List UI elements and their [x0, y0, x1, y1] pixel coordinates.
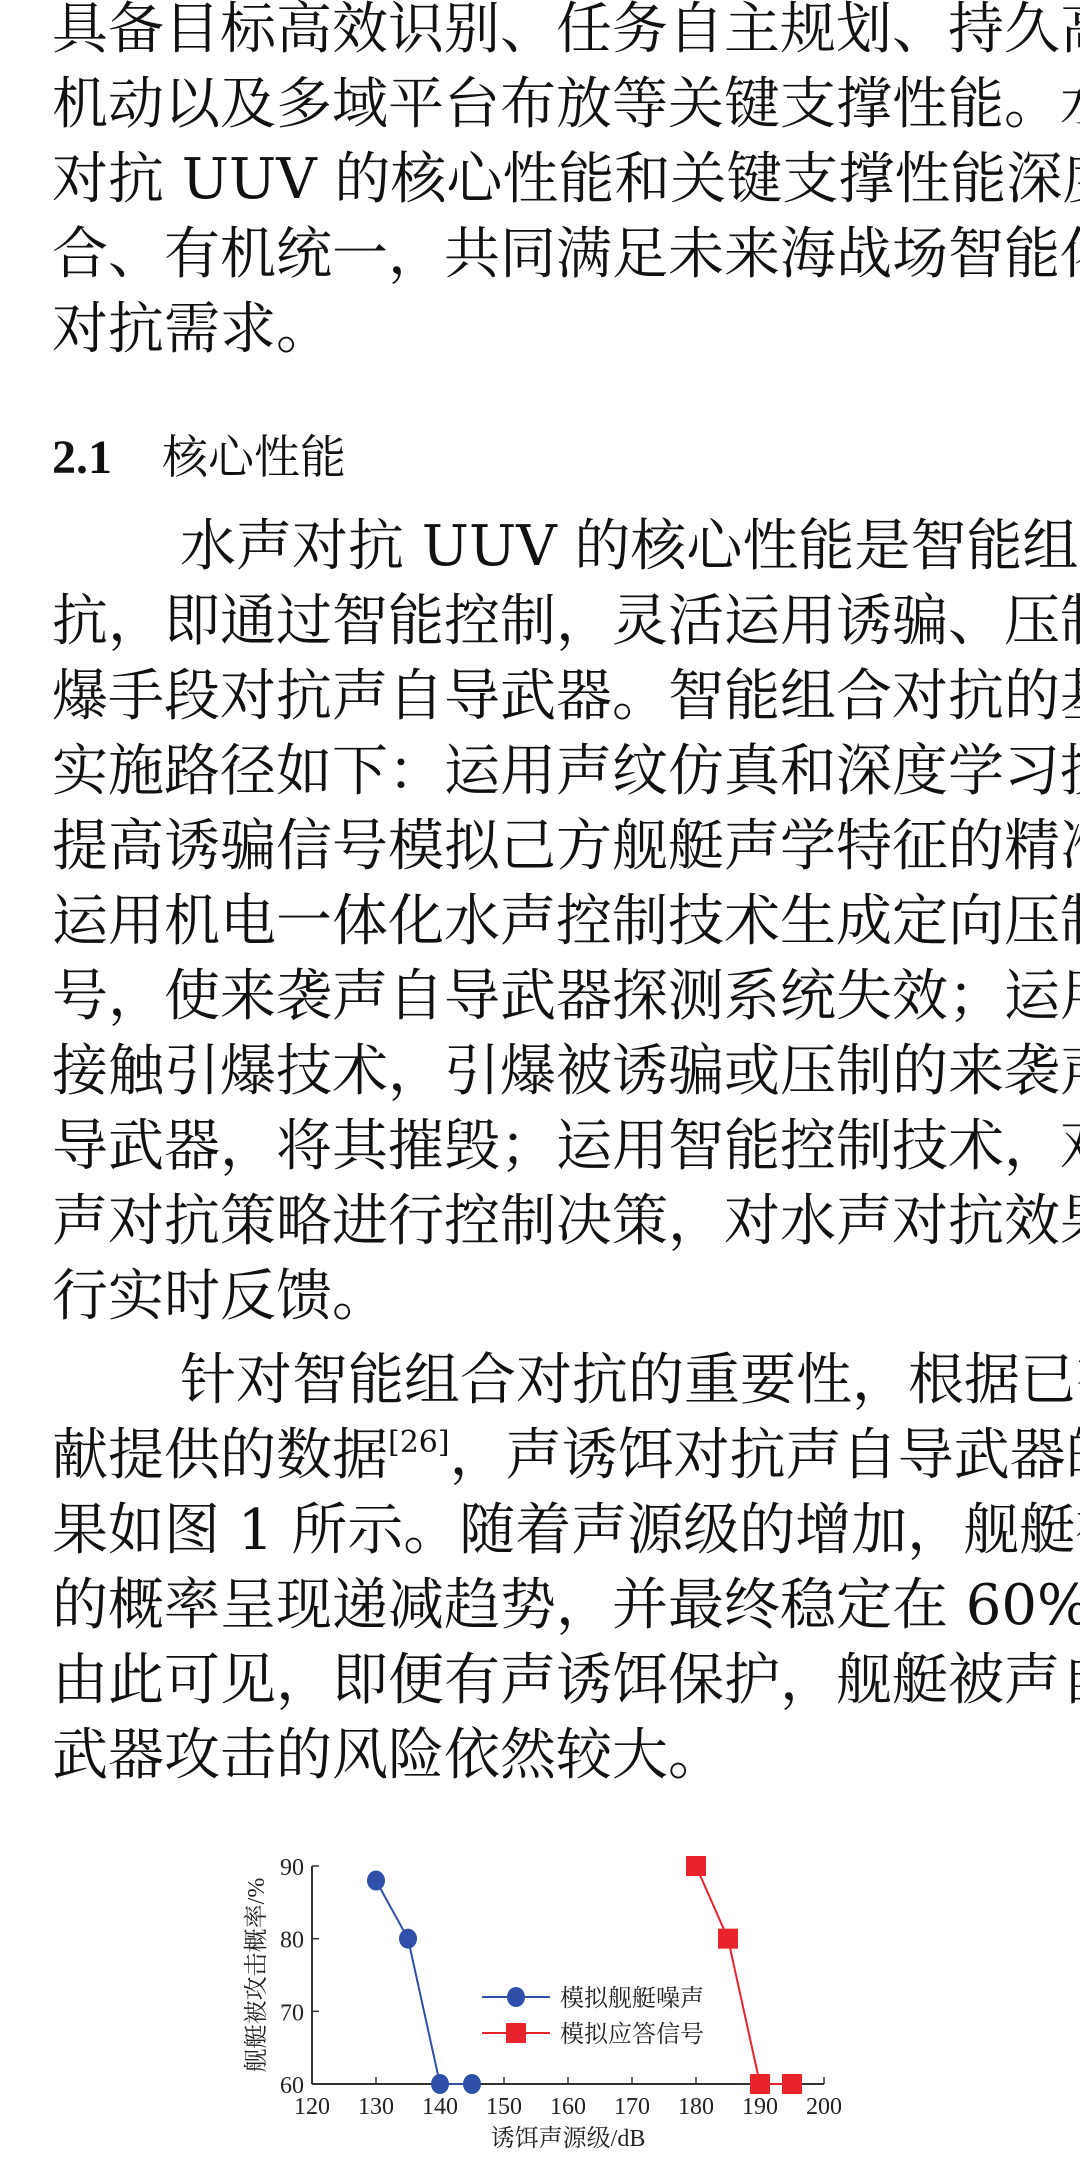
- x-tick-label: 190: [742, 2094, 778, 2120]
- text-line: 武器攻击的风险依然较大。: [52, 1718, 1037, 1793]
- data-point-circle: [431, 2074, 449, 2094]
- section-title: 核心性能: [162, 430, 346, 484]
- text-line: 号，使来袭声自导武器探测系统失效；运用非: [52, 959, 1037, 1034]
- section-number: 2.1: [52, 431, 112, 484]
- x-tick-label: 160: [550, 2094, 586, 2120]
- text-line: 爆手段对抗声自导武器。智能组合对抗的基本: [52, 659, 1037, 734]
- text-line: 针对智能组合对抗的重要性，根据已有文: [52, 1343, 1037, 1418]
- text-line: 声对抗策略进行控制决策，对水声对抗效果进: [52, 1184, 1037, 1259]
- text-line: 对抗需求。: [52, 292, 1037, 367]
- text-line: 提高诱骗信号模拟己方舰艇声学特征的精准度；: [52, 809, 1037, 884]
- data-point-circle: [463, 2074, 481, 2094]
- series-line: [376, 1881, 472, 2084]
- text-line: 具备目标高效识别、任务自主规划、持久高效: [52, 0, 1037, 67]
- legend-label: 模拟舰艇噪声: [560, 1985, 704, 2012]
- section-heading: 2.1核心性能: [52, 420, 346, 495]
- text-segment: 献提供的数据: [52, 1423, 388, 1488]
- x-tick-label: 200: [806, 2094, 842, 2120]
- legend-circle-icon: [507, 1987, 525, 2007]
- data-point-square: [718, 1929, 738, 1949]
- x-tick-label: 150: [486, 2094, 522, 2120]
- text-line: 水声对抗 UUV 的核心性能是智能组合对: [52, 509, 1037, 584]
- text-line: 接触引爆技术，引爆被诱骗或压制的来袭声自: [52, 1034, 1037, 1109]
- data-point-circle: [399, 1929, 417, 1949]
- y-tick-label: 70: [280, 2000, 304, 2026]
- text-line: 运用机电一体化水声控制技术生成定向压制信: [52, 884, 1037, 959]
- citation-link[interactable]: [26]: [388, 1425, 450, 1460]
- x-tick-label: 140: [422, 2094, 458, 2120]
- legend-label: 模拟应答信号: [560, 2021, 704, 2048]
- text-line-with-citation: 献提供的数据[26]，声诱饵对抗声自导武器的效: [52, 1418, 1037, 1493]
- text-line: 抗，即通过智能控制，灵活运用诱骗、压制和诱: [52, 584, 1037, 659]
- x-axis-title: 诱饵声源级/dB: [491, 2125, 646, 2152]
- data-point-square: [782, 2074, 802, 2094]
- text-line: 果如图 1 所示。随着声源级的增加，舰艇被攻击: [52, 1493, 1037, 1568]
- line-chart: 12013014015016017018019020060708090诱饵声源级…: [240, 1830, 860, 2160]
- series-line: [696, 1866, 792, 2084]
- text-line: 的概率呈现递减趋势，并最终稳定在 60%左右。: [52, 1568, 1037, 1643]
- text-line: 由此可见，即便有声诱饵保护，舰艇被声自导: [52, 1643, 1037, 1718]
- y-axis-title: 舰艇被攻击概率/%: [243, 1878, 270, 2073]
- y-tick-label: 90: [280, 1855, 304, 1881]
- text-line: 实施路径如下：运用声纹仿真和深度学习技术，: [52, 734, 1037, 809]
- legend-square-icon: [506, 2023, 526, 2043]
- data-point-circle: [367, 1871, 385, 1891]
- text-line: 导武器，将其摧毁；运用智能控制技术，对水: [52, 1109, 1037, 1184]
- x-tick-label: 130: [358, 2094, 394, 2120]
- data-point-square: [686, 1856, 706, 1876]
- text-segment: ，声诱饵对抗声自导武器的效: [450, 1423, 1080, 1488]
- text-line: 对抗 UUV 的核心性能和关键支撑性能深度融: [52, 142, 1037, 217]
- x-tick-label: 180: [678, 2094, 714, 2120]
- y-tick-label: 80: [280, 1928, 304, 1954]
- x-tick-label: 170: [614, 2094, 650, 2120]
- text-line: 行实时反馈。: [52, 1259, 1037, 1334]
- text-line: 合、有机统一，共同满足未来海战场智能化水声: [52, 217, 1037, 292]
- figure-1-chart: 12013014015016017018019020060708090诱饵声源级…: [240, 1830, 860, 2160]
- text-line: 机动以及多域平台布放等关键支撑性能。水声: [52, 67, 1037, 142]
- y-tick-label: 60: [280, 2073, 304, 2099]
- data-point-square: [750, 2074, 770, 2094]
